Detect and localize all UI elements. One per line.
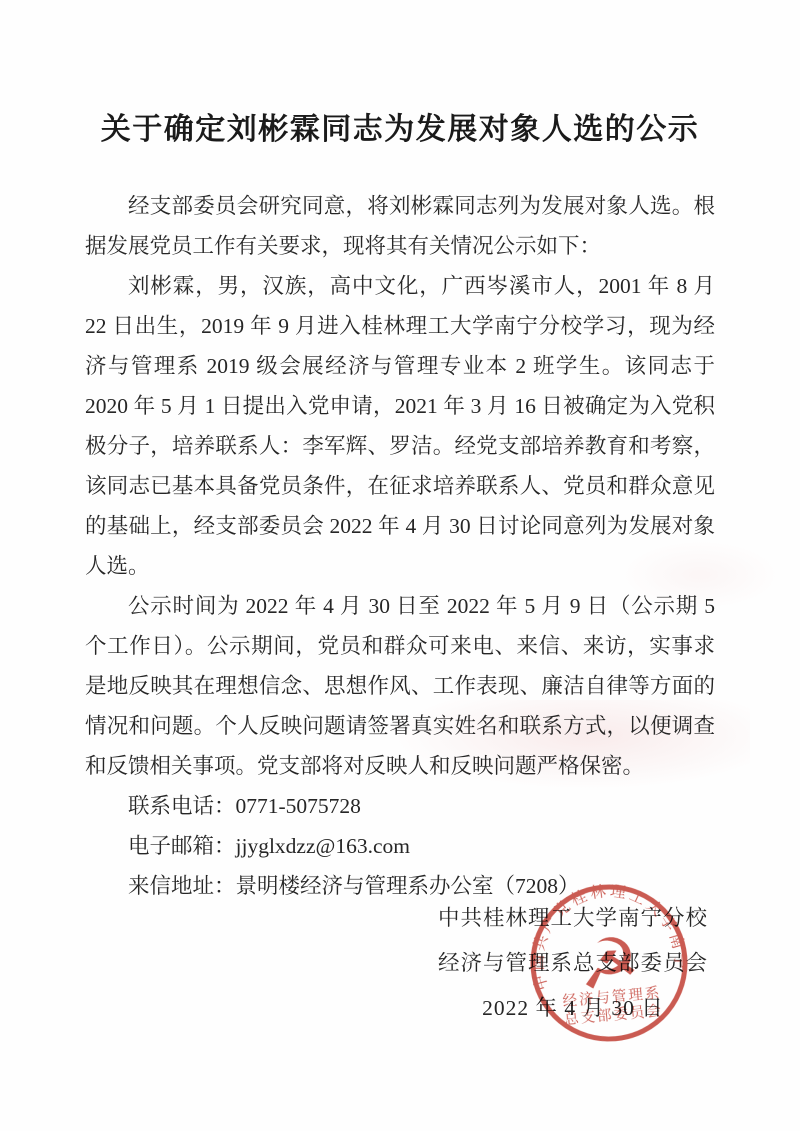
contact-phone-label: 联系电话：	[128, 794, 236, 818]
document-body: 经支部委员会研究同意，将刘彬霖同志列为发展对象人选。根据发展党员工作有关要求，现…	[85, 186, 715, 906]
contact-address-value: 景明楼经济与管理系办公室（7208）	[236, 874, 580, 898]
paragraph-notice: 公示时间为 2022 年 4 月 30 日至 2022 年 5 月 9 日（公示…	[85, 586, 715, 786]
signature-block: 中共桂林理工大学南宁分校 经济与管理系总支部委员会 2022 年 4 月 30 …	[438, 896, 708, 1031]
signature-date: 2022 年 4 月 30 日	[438, 986, 708, 1031]
paragraph-intro: 经支部委员会研究同意，将刘彬霖同志列为发展对象人选。根据发展党员工作有关要求，现…	[85, 186, 715, 266]
paragraph-profile: 刘彬霖，男，汉族，高中文化，广西岑溪市人，2001 年 8 月 22 日出生，2…	[85, 266, 715, 586]
contact-phone-value: 0771-5075728	[236, 794, 361, 818]
signature-org-line1: 中共桂林理工大学南宁分校	[438, 896, 708, 941]
scanned-document-page: 关于确定刘彬霖同志为发展对象人选的公示 经支部委员会研究同意，将刘彬霖同志列为发…	[0, 0, 800, 1131]
signature-org-line2: 经济与管理系总支部委员会	[438, 941, 708, 986]
contact-phone-line: 联系电话：0771-5075728	[85, 786, 715, 826]
contact-address-label: 来信地址：	[128, 874, 236, 898]
contact-email-value: jjyglxdzz@163.com	[236, 834, 410, 858]
contact-email-line: 电子邮箱：jjyglxdzz@163.com	[85, 826, 715, 866]
contact-email-label: 电子邮箱：	[128, 834, 236, 858]
document-title: 关于确定刘彬霖同志为发展对象人选的公示	[0, 104, 800, 148]
